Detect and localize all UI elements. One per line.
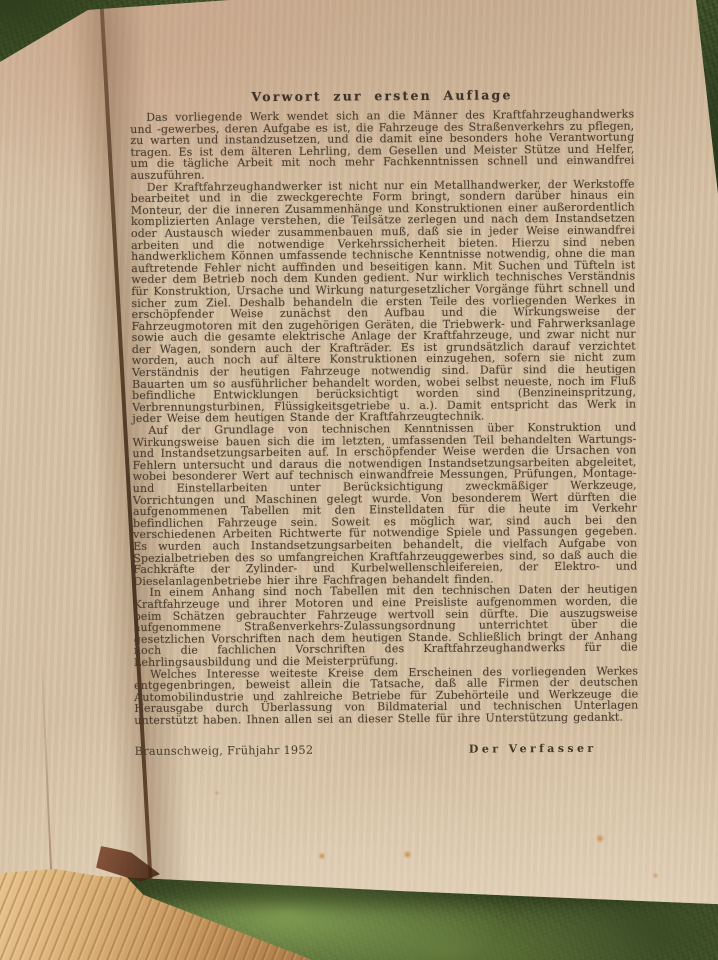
- paragraph-1: Das vorliegende Werk wendet sich an die …: [130, 108, 634, 181]
- foxing-spot: [214, 790, 220, 796]
- paragraph-3: Auf der Grundlage von technischen Kenntn…: [132, 422, 637, 588]
- book-photo: Vorwort zur ersten Auflage Das vorliegen…: [0, 0, 718, 960]
- paragraph-5: Welches Interesse weiteste Kreise dem Er…: [134, 665, 638, 726]
- paragraph-2: Der Kraftfahrzeughandwerker ist nicht nu…: [131, 178, 637, 425]
- foxing-spot: [403, 850, 412, 859]
- foxing-spot: [318, 852, 326, 860]
- page-heading: Vorwort zur ersten Auflage: [130, 86, 634, 105]
- book-page: Vorwort zur ersten Auflage Das vorliegen…: [0, 0, 718, 960]
- paragraph-4: In einem Anhang sind noch Tabellen mit d…: [133, 584, 638, 669]
- foxing-spot: [652, 872, 659, 879]
- dateline: Braunschweig, Frühjahr 1952: [135, 743, 314, 758]
- signature-row: Braunschweig, Frühjahr 1952 Der Verfasse…: [135, 741, 639, 759]
- page-edge-line: [40, 640, 52, 875]
- foxing-spot: [595, 834, 605, 843]
- page-text: Vorwort zur ersten Auflage Das vorliegen…: [130, 86, 639, 758]
- signature: Der Verfasser: [469, 742, 597, 756]
